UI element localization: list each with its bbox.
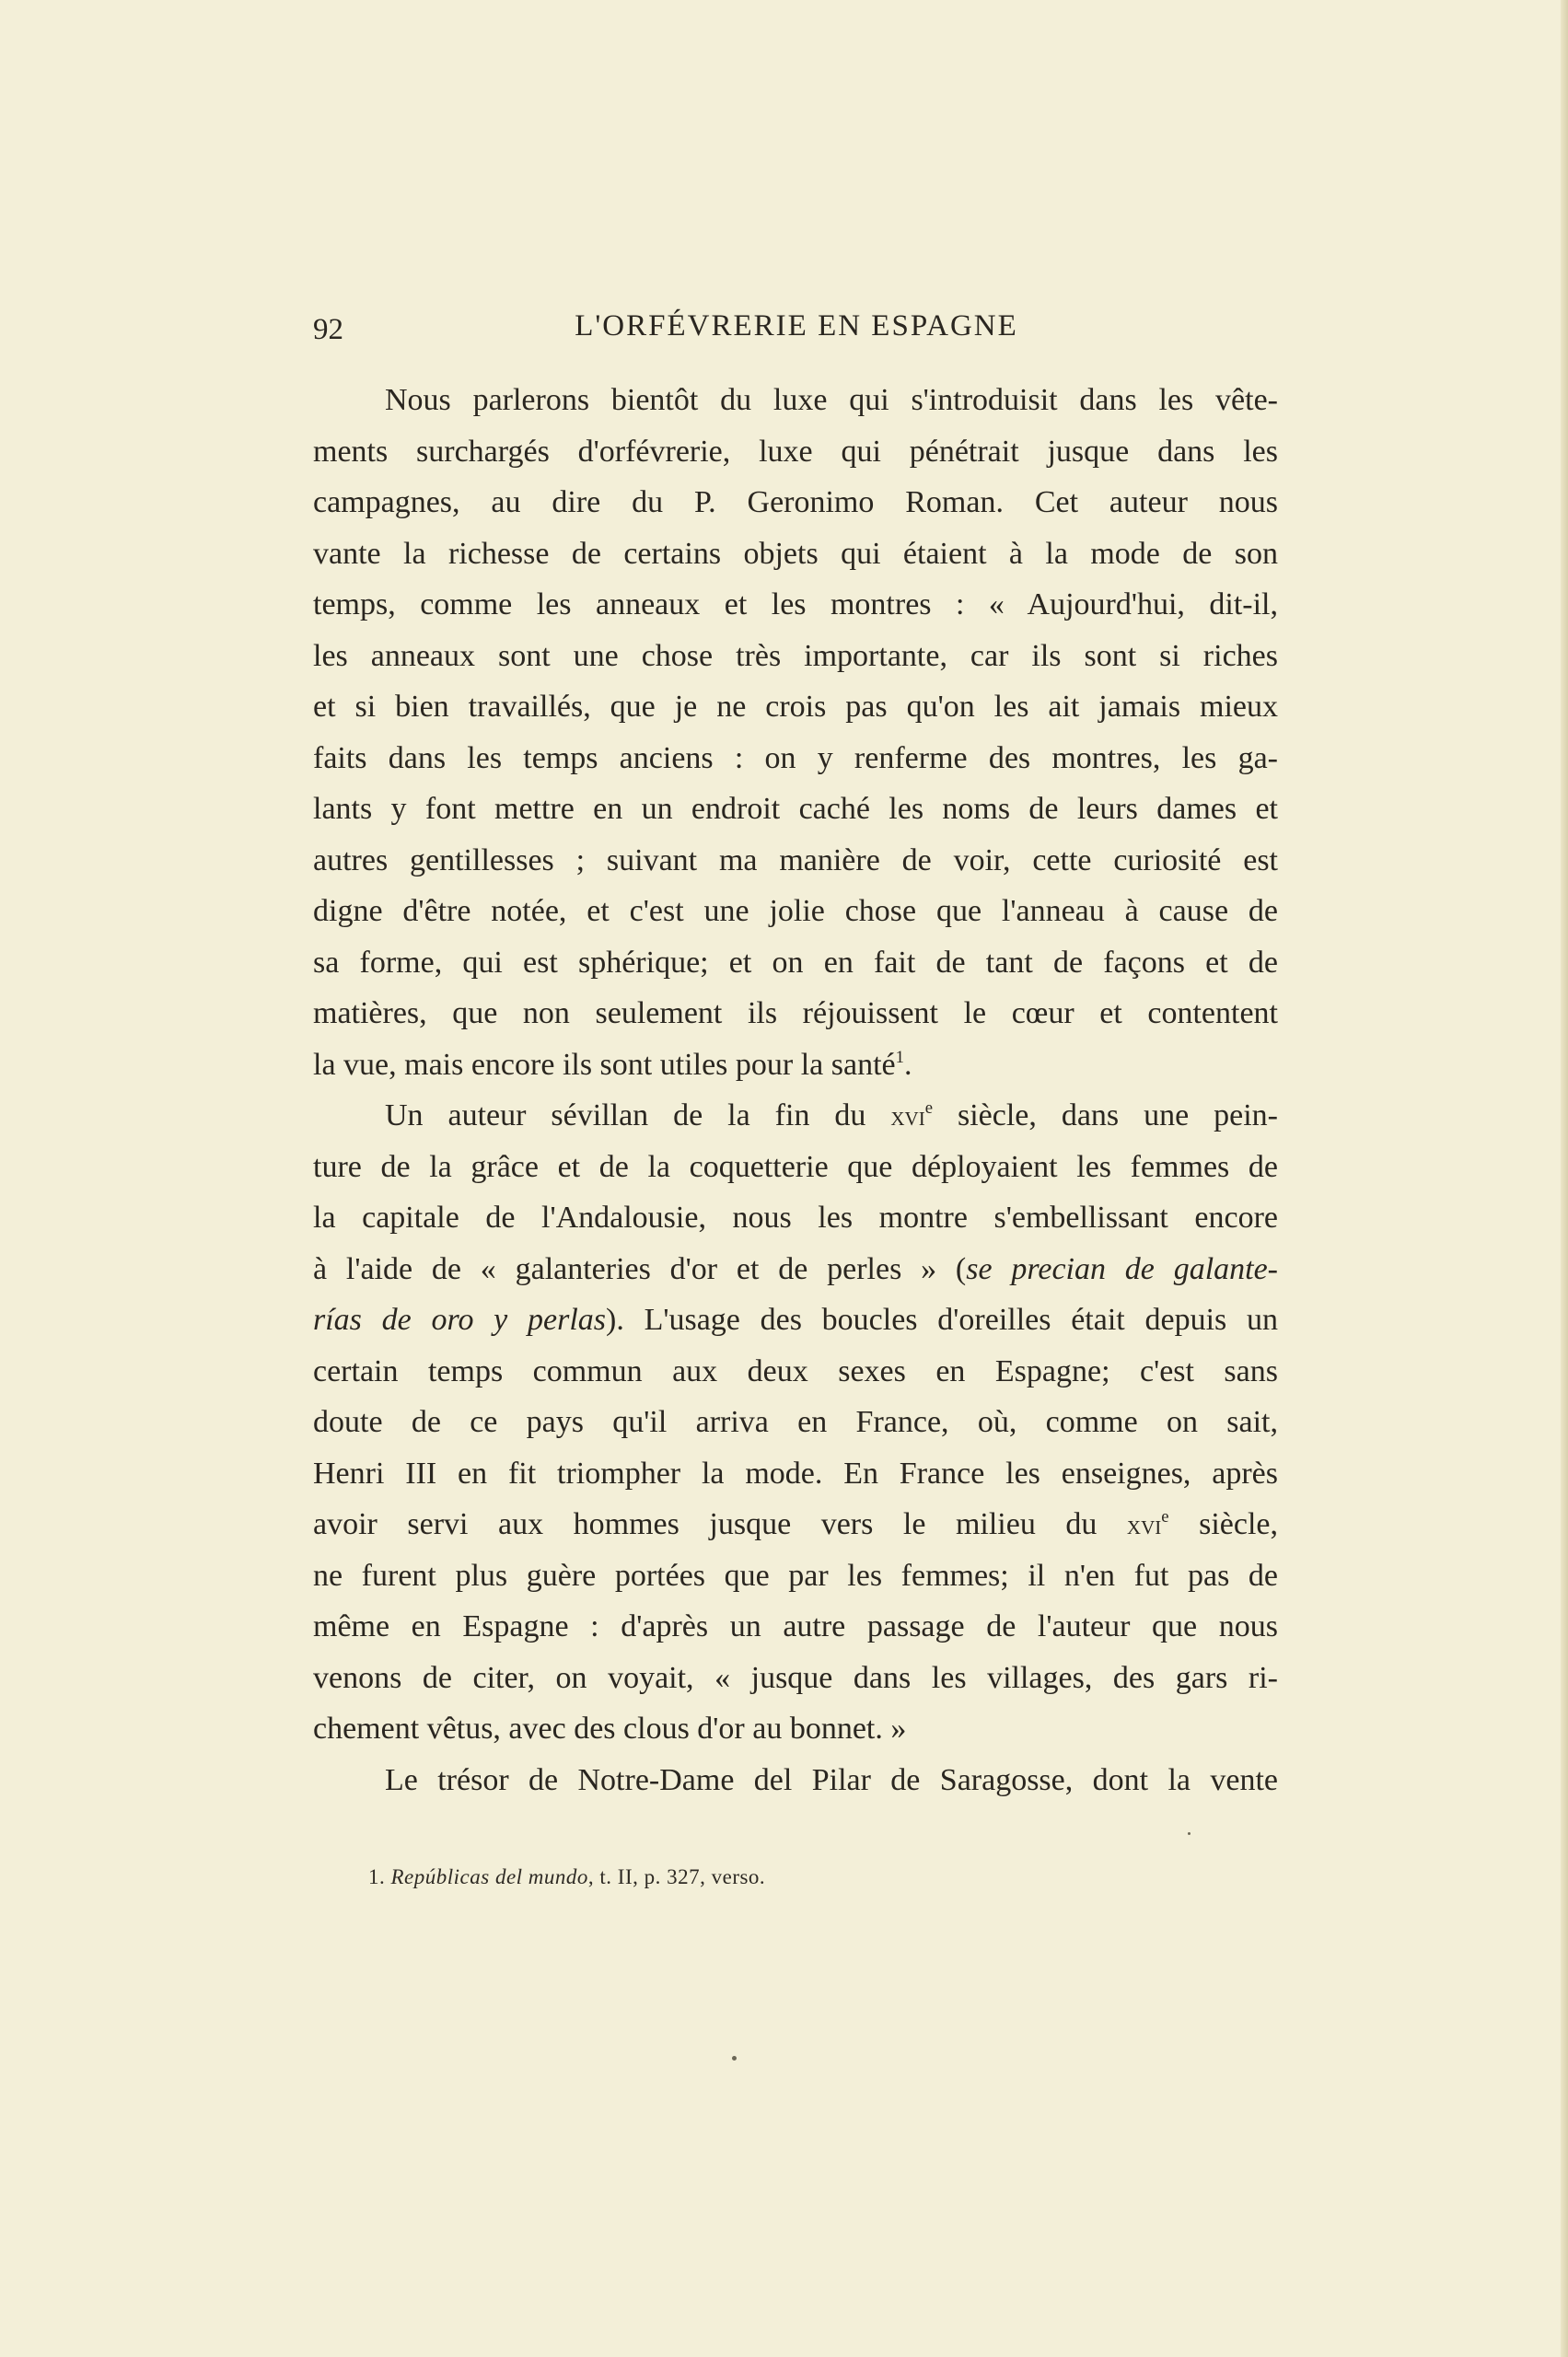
text-line: Henri III en fit triompher la mode. En F…: [313, 1448, 1278, 1500]
running-title: L'ORFÉVRERIE EN ESPAGNE: [313, 309, 1280, 343]
text-line: lants y font mettre en un endroit caché …: [313, 784, 1278, 835]
paper-speck: [732, 2056, 737, 2061]
text-line: et si bien travaillés, que je ne crois p…: [313, 681, 1278, 733]
text-line: même en Espagne : d'après un autre passa…: [313, 1601, 1278, 1653]
footnote-title: Repúblicas del mundo: [391, 1865, 588, 1888]
text-line: à l'aide de « galanteries d'or et de per…: [313, 1244, 1278, 1295]
text-line: la vue, mais encore ils sont utiles pour…: [313, 1039, 1278, 1091]
text-line: ne furent plus guère portées que par les…: [313, 1550, 1278, 1602]
text-line: Nous parlerons bientôt du luxe qui s'int…: [313, 375, 1278, 426]
footnote-marker: 1.: [368, 1865, 385, 1888]
text-line: certain temps commun aux deux sexes en E…: [313, 1346, 1278, 1398]
text-line: campagnes, au dire du P. Geronimo Roman.…: [313, 477, 1278, 528]
text-line: rías de oro y perlas). L'usage des boucl…: [313, 1295, 1278, 1346]
text-line: digne d'être notée, et c'est une jolie c…: [313, 886, 1278, 937]
text-line: doute de ce pays qu'il arriva en France,…: [313, 1397, 1278, 1448]
text-line: ture de la grâce et de la coquetterie qu…: [313, 1142, 1278, 1193]
body-text: Nous parlerons bientôt du luxe qui s'int…: [313, 375, 1278, 1805]
text-line: la capitale de l'Andalousie, nous les mo…: [313, 1192, 1278, 1244]
text-line: sa forme, qui est sphérique; et on en fa…: [313, 937, 1278, 989]
text-line: vante la richesse de certains objets qui…: [313, 528, 1278, 580]
text-line: autres gentillesses ; suivant ma manière…: [313, 835, 1278, 887]
running-head: 92 L'ORFÉVRERIE EN ESPAGNE: [313, 309, 1280, 354]
page-edge: [1561, 0, 1568, 2357]
text-line: faits dans les temps anciens : on y renf…: [313, 733, 1278, 784]
footnote-citation: , t. II, p. 327, verso.: [588, 1865, 765, 1888]
text-line: matières, que non seulement ils réjouiss…: [313, 988, 1278, 1039]
text-line: venons de citer, on voyait, « jusque dan…: [313, 1653, 1278, 1704]
paper-speck: [1188, 1832, 1191, 1835]
footnote: 1. Repúblicas del mundo, t. II, p. 327, …: [368, 1865, 765, 1889]
text-line: les anneaux sont une chose très importan…: [313, 631, 1278, 682]
text-line: ments surchargés d'orfévrerie, luxe qui …: [313, 426, 1278, 478]
text-line: temps, comme les anneaux et les montres …: [313, 579, 1278, 631]
text-line: chement vêtus, avec des clous d'or au bo…: [313, 1703, 1278, 1755]
text-line: Le trésor de Notre-Dame del Pilar de Sar…: [313, 1755, 1278, 1806]
footnote-ref[interactable]: 1: [896, 1047, 904, 1066]
text-line: avoir servi aux hommes jusque vers le mi…: [313, 1499, 1278, 1550]
text-line: Un auteur sévillan de la fin du xvie siè…: [313, 1090, 1278, 1142]
